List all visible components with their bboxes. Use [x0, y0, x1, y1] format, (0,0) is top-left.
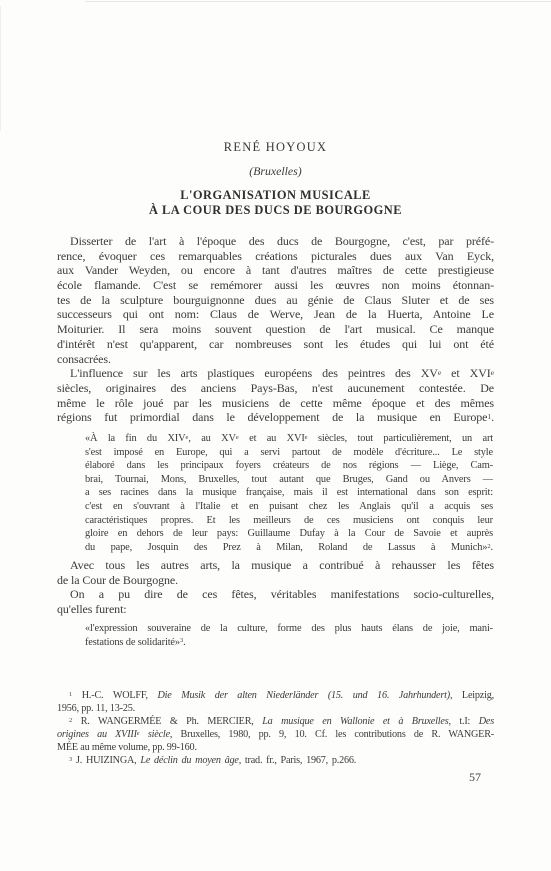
paragraph1-line: Moiturier. Il sera moins souvent questio…	[57, 322, 494, 337]
paragraph4-line: qu'elles furent:	[57, 602, 494, 617]
paragraph2-line: régions fut primordial dans le développe…	[57, 410, 494, 425]
page-number: 57	[458, 770, 492, 785]
blockquote2-line: «l'expression souveraine de la culture, …	[85, 622, 493, 636]
blockquote1-line: s'est imposé en Europe, qui a servi part…	[85, 446, 493, 460]
blockquote2-line: festations de solidarité»3.	[85, 636, 493, 650]
blockquote1-line: élaboré dans les principaux foyers créat…	[85, 459, 493, 473]
page-author: RENÉ HOYOUX	[0, 140, 551, 155]
article-title: L'ORGANISATION MUSICALE À LA COUR DES DU…	[0, 188, 551, 218]
paragraph1-line: consacrées.	[57, 352, 494, 367]
blockquote-2: «l'expression souveraine de la culture, …	[85, 622, 493, 649]
paragraph2-line: siècles, originaires des anciens Pays-Ba…	[57, 381, 494, 396]
blockquote1-line: «À la fin du XIVe, au XVe et au XVIe siè…	[85, 432, 493, 446]
paragraph1-line: Disserter de l'art à l'époque des ducs d…	[57, 234, 494, 249]
paragraph3-line: de la Cour de Bourgogne.	[57, 573, 494, 588]
article-title-line2: À LA COUR DES DUCS DE BOURGOGNE	[0, 203, 551, 218]
blockquote1-line: c'est en s'ouvrant à l'Italie et en puis…	[85, 500, 493, 514]
paragraph3-line: Avec tous les autres arts, la musique a …	[57, 558, 494, 573]
scan-edge-line-left	[0, 6, 1, 131]
paragraph2-line: même le rôle joué par les musiciens de c…	[57, 396, 494, 411]
footnote-line: 2 R. WANGERMÉE & Ph. MERCIER, La musique…	[57, 715, 494, 728]
blockquote1-line: caractéristiques propres. Et les meilleu…	[85, 514, 493, 528]
paragraph2-line: L'influence sur les arts plastiques euro…	[57, 366, 494, 381]
paragraph1-line: école flamande. C'est se remémorer aussi…	[57, 278, 494, 293]
article-title-line1: L'ORGANISATION MUSICALE	[0, 188, 551, 203]
blockquote1-line: a ses racines dans la musique française,…	[85, 486, 493, 500]
paragraph1-line: tes de la sculpture bourguignonne dues a…	[57, 293, 494, 308]
paragraph1-line: successeurs qui ont nom: Claus de Werve,…	[57, 307, 494, 322]
paragraph1-line: aux Vander Weyden, ou encore à tant d'au…	[57, 263, 494, 278]
footnote-line: origines au XVIIIe siècle, Bruxelles, 19…	[57, 728, 494, 741]
footnote-line: MÉE au même volume, pp. 99-160.	[57, 741, 494, 754]
footnote-line: 1 H.-C. WOLFF, Die Musik der alten Niede…	[57, 689, 494, 702]
blockquote1-line: du pape, Josquin des Prez à Milan, Rolan…	[85, 541, 493, 555]
blockquote1-line: gloire en dehors de leur pays: Guillaume…	[85, 527, 493, 541]
paragraph4-line: On a pu dire de ces fêtes, véritables ma…	[57, 587, 494, 602]
blockquote1-line: brai, Tournai, Mons, Bruxelles, tout aut…	[85, 473, 493, 487]
footnotes-block: 1 H.-C. WOLFF, Die Musik der alten Niede…	[57, 689, 494, 767]
footnote-line: 1956, pp. 11, 13-25.	[57, 702, 494, 715]
blockquote-1: «À la fin du XIVe, au XVe et au XVIe siè…	[85, 432, 493, 554]
page-affiliation: (Bruxelles)	[0, 164, 551, 179]
body-text-block-1: Disserter de l'art à l'époque des ducs d…	[57, 234, 494, 425]
scanned-paper-page: RENÉ HOYOUX (Bruxelles) L'ORGANISATION M…	[0, 0, 551, 871]
paragraph1-line: d'intérêt n'est qu'apparent, car nombreu…	[57, 337, 494, 352]
scan-edge-line-top	[85, 1, 551, 2]
paragraph1-line: rence, évoquer ces remarquables création…	[57, 249, 494, 264]
body-text-block-2: Avec tous les autres arts, la musique a …	[57, 558, 494, 617]
footnote-line: 3 J. HUIZINGA, Le déclin du moyen âge, t…	[57, 754, 494, 767]
